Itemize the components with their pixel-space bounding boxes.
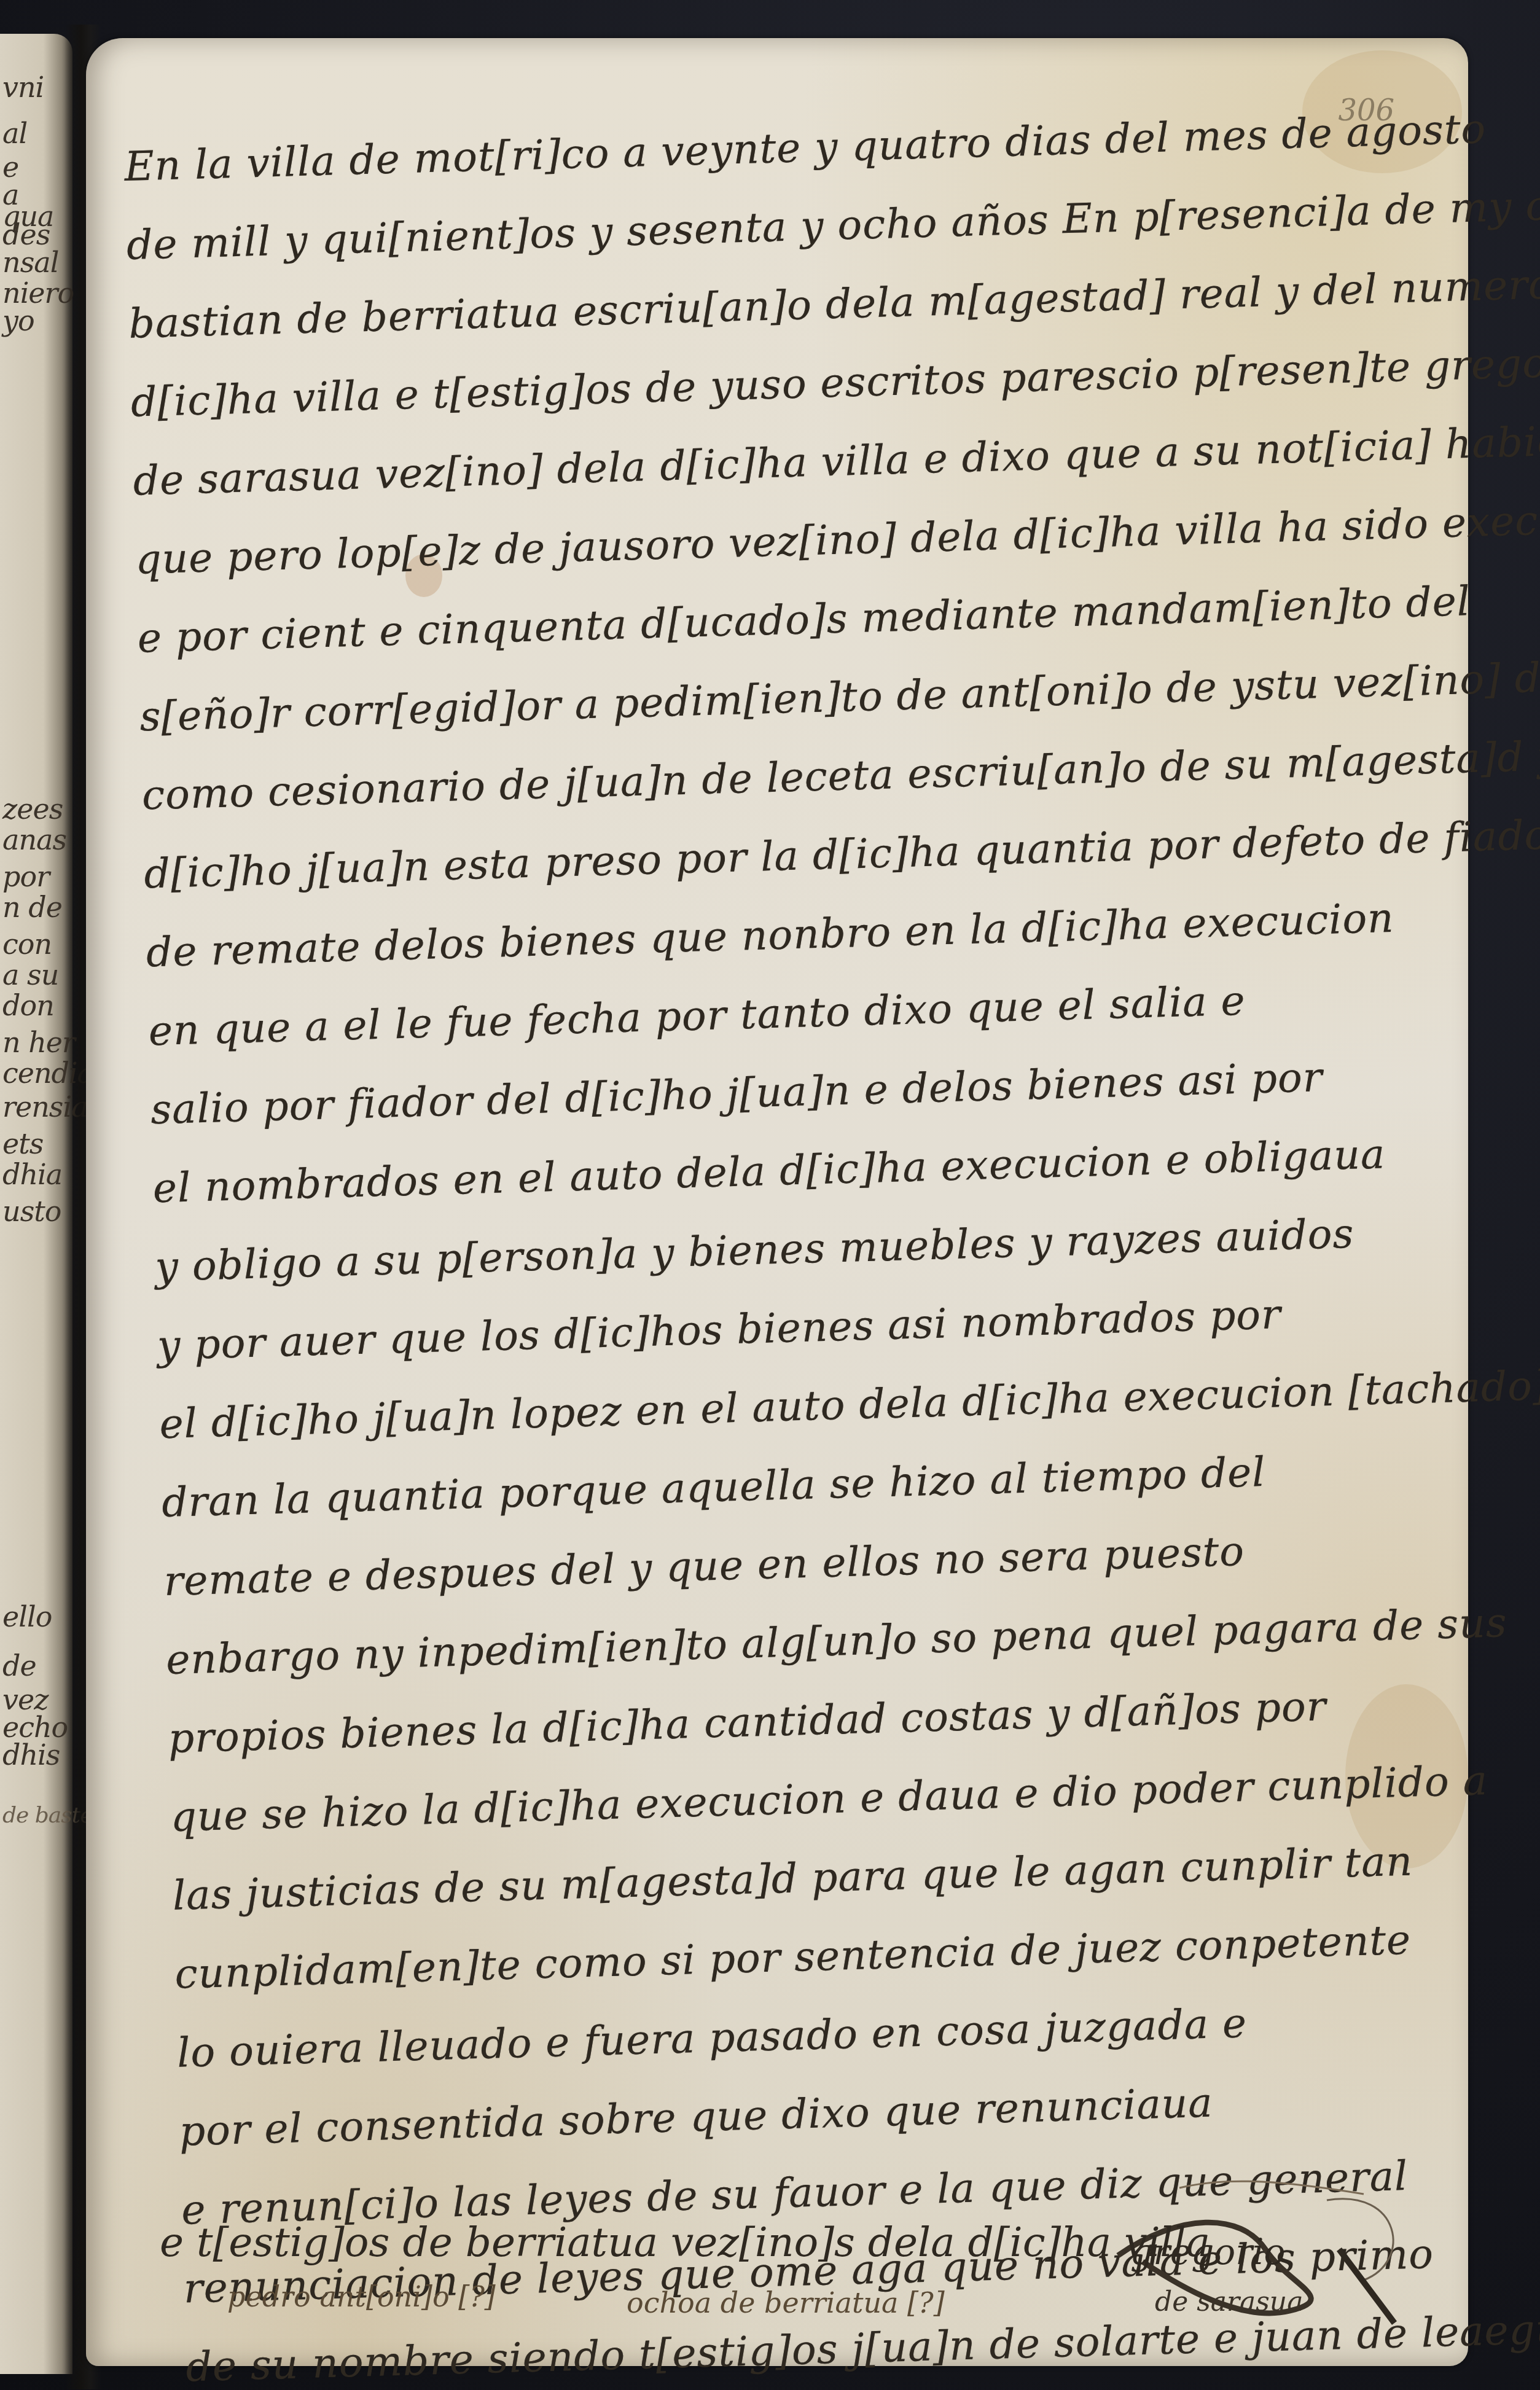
- left-fragment: al: [2, 117, 27, 150]
- left-fragment: por: [2, 860, 49, 893]
- left-fragment: dhis: [2, 1738, 60, 1771]
- left-fragment: ello: [2, 1600, 52, 1633]
- manuscript-text: En la villa de mot[ri]co a veynte y quat…: [123, 74, 1525, 2390]
- left-fragment: yo: [2, 304, 34, 337]
- signature-left: pedro ant[oni]o [?]: [227, 2280, 496, 2313]
- signature-right: gregorio: [1130, 2231, 1285, 2273]
- left-fragment: usto: [2, 1195, 61, 1228]
- last-text-line: e t[estig]os de berriatua vez[ino]s dela…: [160, 2219, 1210, 2266]
- photograph-scene: vni al e a qua des nsal niero yo zees an…: [0, 0, 1540, 2390]
- previous-folio: vni al e a qua des nsal niero yo zees an…: [0, 34, 72, 2374]
- left-fragment: n de: [2, 891, 62, 924]
- left-fragment: ets: [2, 1127, 43, 1160]
- signature-right-surname: de sarasua: [1155, 2286, 1303, 2318]
- signature-middle: ochoa de berriatua [?]: [627, 2286, 945, 2319]
- left-fragment: dhia: [2, 1158, 62, 1191]
- left-fragment: de: [2, 1649, 36, 1682]
- manuscript-folio: 306 En la villa de mot[ri]co a veynte y …: [86, 38, 1468, 2366]
- left-fragment: zees: [2, 792, 63, 826]
- left-fragment: nsal: [2, 246, 58, 279]
- signature-block: e t[estig]os de berriatua vez[ino]s dela…: [123, 2225, 1462, 2360]
- left-fragment: con: [2, 927, 52, 961]
- left-fragment: don: [2, 989, 54, 1022]
- left-fragment: a su: [2, 958, 58, 991]
- left-fragment: vni: [2, 71, 44, 104]
- left-fragment: anas: [2, 823, 66, 856]
